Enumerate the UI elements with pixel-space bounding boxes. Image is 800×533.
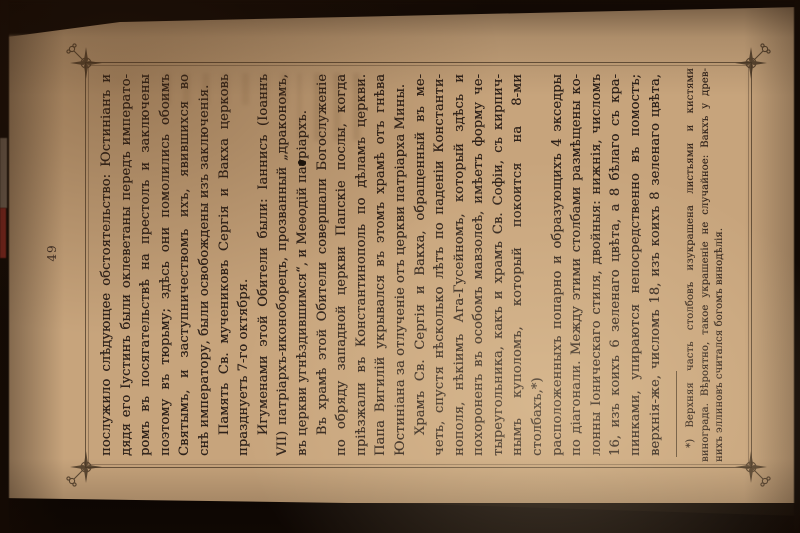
background-object-red: [0, 208, 6, 258]
text-line: Память Св. мучениковъ Сергія и Вакха цер…: [215, 74, 235, 456]
page-number: 49: [45, 3, 59, 503]
text-line: послужило слѣдующее обстоятельство: Юсти…: [97, 74, 117, 456]
text-line: Юстиніана за отлученіе отъ церкви патріа…: [391, 74, 411, 456]
text-line: верхнія-же, числомъ 18, изъ коихъ 8 зеле…: [646, 74, 666, 456]
book-page-photo: 49: [0, 0, 800, 533]
footnote-line: *) Верхняя часть столбовъ изукрашена лис…: [684, 68, 699, 462]
body-text: послужило слѣдующее обстоятельство: Юсти…: [97, 74, 665, 456]
text-line: снѣ императору, были освобождены изъ зак…: [195, 74, 215, 456]
text-line: четь, спустя нѣсколько лѣтъ по паденіи К…: [430, 74, 450, 456]
text-line: по діагонали. Между этими столбами размѣ…: [567, 74, 587, 456]
decorative-frame: послужило слѣдующее обстоятельство: Юсти…: [85, 62, 752, 468]
text-line: празднуетъ 7-го октября.: [234, 74, 254, 456]
text-line: Храмъ Св. Сергія и Вакха, обращенный въ …: [411, 74, 431, 456]
text-line: въ церкви угнѣздившимся“, и Меѳодій патр…: [293, 74, 313, 456]
text-line: Въ храмѣ этой Обители совершали Богослуж…: [313, 74, 333, 456]
ink-blot: [298, 160, 306, 166]
text-line: ромъ въ посягательствѣ на престолъ и зак…: [136, 74, 156, 456]
text-line: поэтому въ тюрьму; здѣсь они помолились …: [156, 74, 176, 456]
photo-edge-right: [794, 0, 800, 533]
corner-ornament-icon: [729, 445, 773, 489]
text-line: нополя, нѣкіимъ Ага-Гусейномъ, который з…: [450, 74, 470, 456]
book-page: 49: [5, 3, 795, 503]
text-line: лонны Іоническаго стиля, двойныя: нижнія…: [587, 74, 607, 456]
text-line: пріѣзжали въ Константинополь по дѣламъ ц…: [352, 74, 372, 456]
text-line: по обряду западной церкви Папскіе послы,…: [332, 74, 352, 456]
text-line: тыреугольника, какъ и храмъ Св. Софіи, с…: [489, 74, 509, 456]
text-line: VII) патріархъ-иконоборецъ, прозванный „…: [273, 74, 293, 456]
text-line: Игуменами этой Обители были: Іаннисъ (Іо…: [254, 74, 274, 456]
text-line: Святымъ, и заступничествомъ ихъ, явивших…: [175, 74, 195, 456]
text-line: нымъ куполомъ, который покоится на 8-ми …: [508, 74, 547, 456]
text-line: Папа Вигилій укрывался въ этомъ храмѣ от…: [371, 74, 391, 456]
footnote-line: нихъ эллиновъ считался богомъ винодѣлія.: [713, 68, 728, 462]
text-line: расположенныхъ попарно и образующихъ 4 э…: [548, 74, 568, 456]
footnote-divider: [676, 371, 677, 457]
corner-ornament-icon: [729, 41, 773, 85]
footnote-line: винограда. Вѣроятно, такое украшеніе не …: [699, 68, 714, 462]
footnote-text: *) Верхняя часть столбовъ изукрашена лис…: [684, 68, 728, 462]
photo-edge-left: [0, 0, 9, 533]
text-line: дядя его Іустинъ были оклеветаны передъ …: [117, 74, 137, 456]
text-line: пинками, упираются непосредственно въ по…: [626, 74, 646, 456]
text-line: похороненъ въ особомъ мавзолеѣ, имѣетъ ф…: [469, 74, 489, 456]
text-line: 16, изъ коихъ 6 зеленаго цвѣта, а 8 бѣла…: [606, 74, 626, 456]
background-object-light: [0, 138, 7, 208]
